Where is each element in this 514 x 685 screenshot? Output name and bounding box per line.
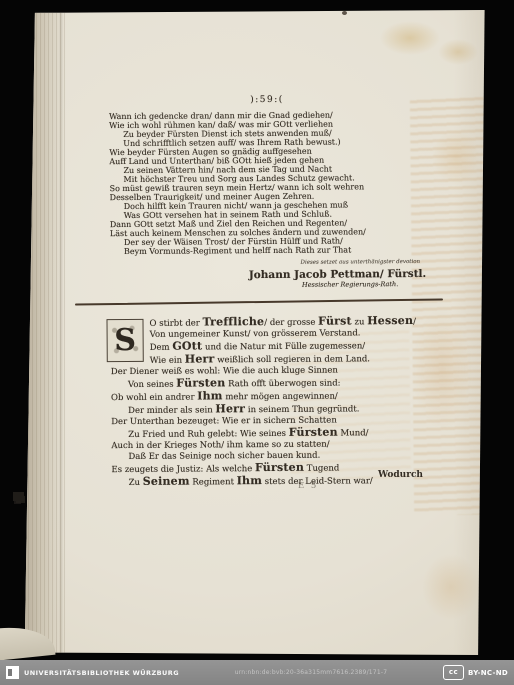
emphasized-word: Fürst [318, 314, 352, 327]
page-number: ):59:( [109, 94, 425, 106]
signature-mark: E 5 [298, 481, 318, 491]
library-name: UNIVERSITÄTSBIBLIOTHEK WÜRZBURG [24, 669, 179, 677]
license-label: BY-NC-ND [468, 669, 508, 677]
attribution-note: Dieses setzet aus unterthänigster devoti… [110, 259, 426, 267]
stain [438, 39, 478, 65]
cc-license-icon: cc [443, 665, 464, 680]
emphasized-word: Ihm [237, 474, 262, 487]
watermark-bar: UNIVERSITÄTSBIBLIOTHEK WÜRZBURG urn:nbn:… [0, 660, 514, 685]
edge-ink-mark [13, 492, 24, 501]
emphasized-word: Ihm [197, 389, 222, 402]
scan-canvas: ):59:( Wann ich gedencke dran/ dann mir … [0, 0, 514, 685]
emphasized-word: Fürsten [289, 426, 338, 439]
emphasized-word: Fürst [289, 426, 323, 439]
emphasized-word: Herr [185, 352, 215, 365]
page-text-column: ):59:( Wann ich gedencke dran/ dann mir … [108, 8, 427, 489]
poem-line: Beym Vormunds-Regiment und helff nach Ra… [110, 245, 426, 256]
urn-identifier: urn:nbn:de:bvb:20-36a315mm7616.2389/171-… [179, 669, 443, 676]
emphasized-word: Fürst [176, 376, 210, 389]
license-badge: cc BY-NC-ND [443, 665, 508, 680]
library-logo [6, 666, 19, 679]
book-page: ):59:( Wann ich gedencke dran/ dann mir … [20, 9, 486, 657]
catchword: Wodurch [378, 470, 423, 480]
emphasized-word: Fürsten [176, 376, 225, 389]
emphasized-word: GOtt [172, 339, 202, 352]
signature-title: Hessischer Regierungs-Rath. [110, 280, 426, 290]
poem-line: O stirbt der Treffliche/ der grosse Fürs… [110, 315, 426, 330]
stain [422, 554, 480, 620]
stain [432, 129, 480, 185]
poem-block-1: Wann ich gedencke dran/ dann mir die Gna… [109, 110, 426, 256]
emphasized-word: Seinem [143, 475, 190, 488]
emphasized-word: Fürsten [255, 461, 304, 474]
emphasized-word: Hessen [367, 314, 413, 327]
gutter-crease [60, 9, 63, 657]
emphasized-word: Herr [215, 402, 245, 415]
poem-block-2: S O stirbt der Treffliche/ der grosse Fü… [110, 315, 427, 489]
emphasized-word: Fürst [255, 461, 289, 474]
emphasized-word: Treffliche [202, 315, 264, 328]
drop-cap-initial: S [106, 319, 143, 362]
